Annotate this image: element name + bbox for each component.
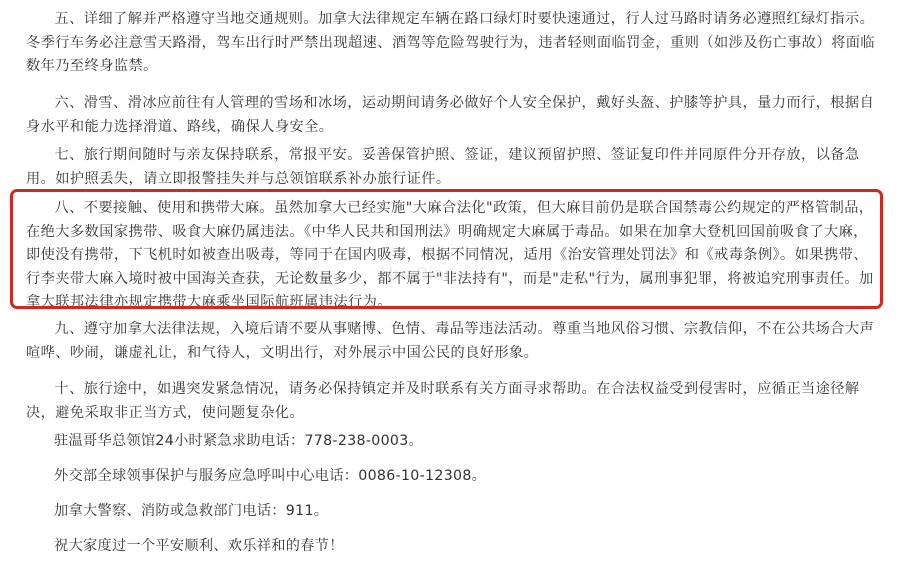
paragraph-obey-laws: 九、遵守加拿大法律法规，入境后请不要从事赌博、色情、毒品等违法活动。尊重当地风俗… xyxy=(26,318,876,365)
highlight-box xyxy=(10,189,883,309)
paragraph-skiing-skating: 六、滑雪、滑冰应前往有人管理的雪场和冰场，运动期间请务必做好个人安全保护，戴好头… xyxy=(26,92,876,139)
paragraph-emergency: 十、旅行途中，如遇突发紧急情况，请务必保持镇定并及时联系有关方面寻求帮助。在合法… xyxy=(26,378,876,425)
contact-emergency-911: 加拿大警察、消防或急救部门电话：911。 xyxy=(54,501,328,521)
contact-mfa-hotline: 外交部全球领事保护与服务应急呼叫中心电话：0086-10-12308。 xyxy=(54,466,486,486)
contact-consulate-hotline: 驻温哥华总领馆24小时紧急求助电话：778-238-0003。 xyxy=(54,431,423,451)
paragraph-stay-in-contact: 七、旅行期间随时与亲友保持联系，常报平安。妥善保管护照、签证，建议预留护照、签证… xyxy=(26,144,876,191)
closing-greeting: 祝大家度过一个平安顺利、欢乐祥和的春节！ xyxy=(54,536,344,556)
watermark: HuaBian xyxy=(380,265,456,285)
paragraph-traffic-rules: 五、详细了解并严格遵守当地交通规则。加拿大法律规定车辆在路口绿灯时要快速通过，行… xyxy=(26,8,876,79)
